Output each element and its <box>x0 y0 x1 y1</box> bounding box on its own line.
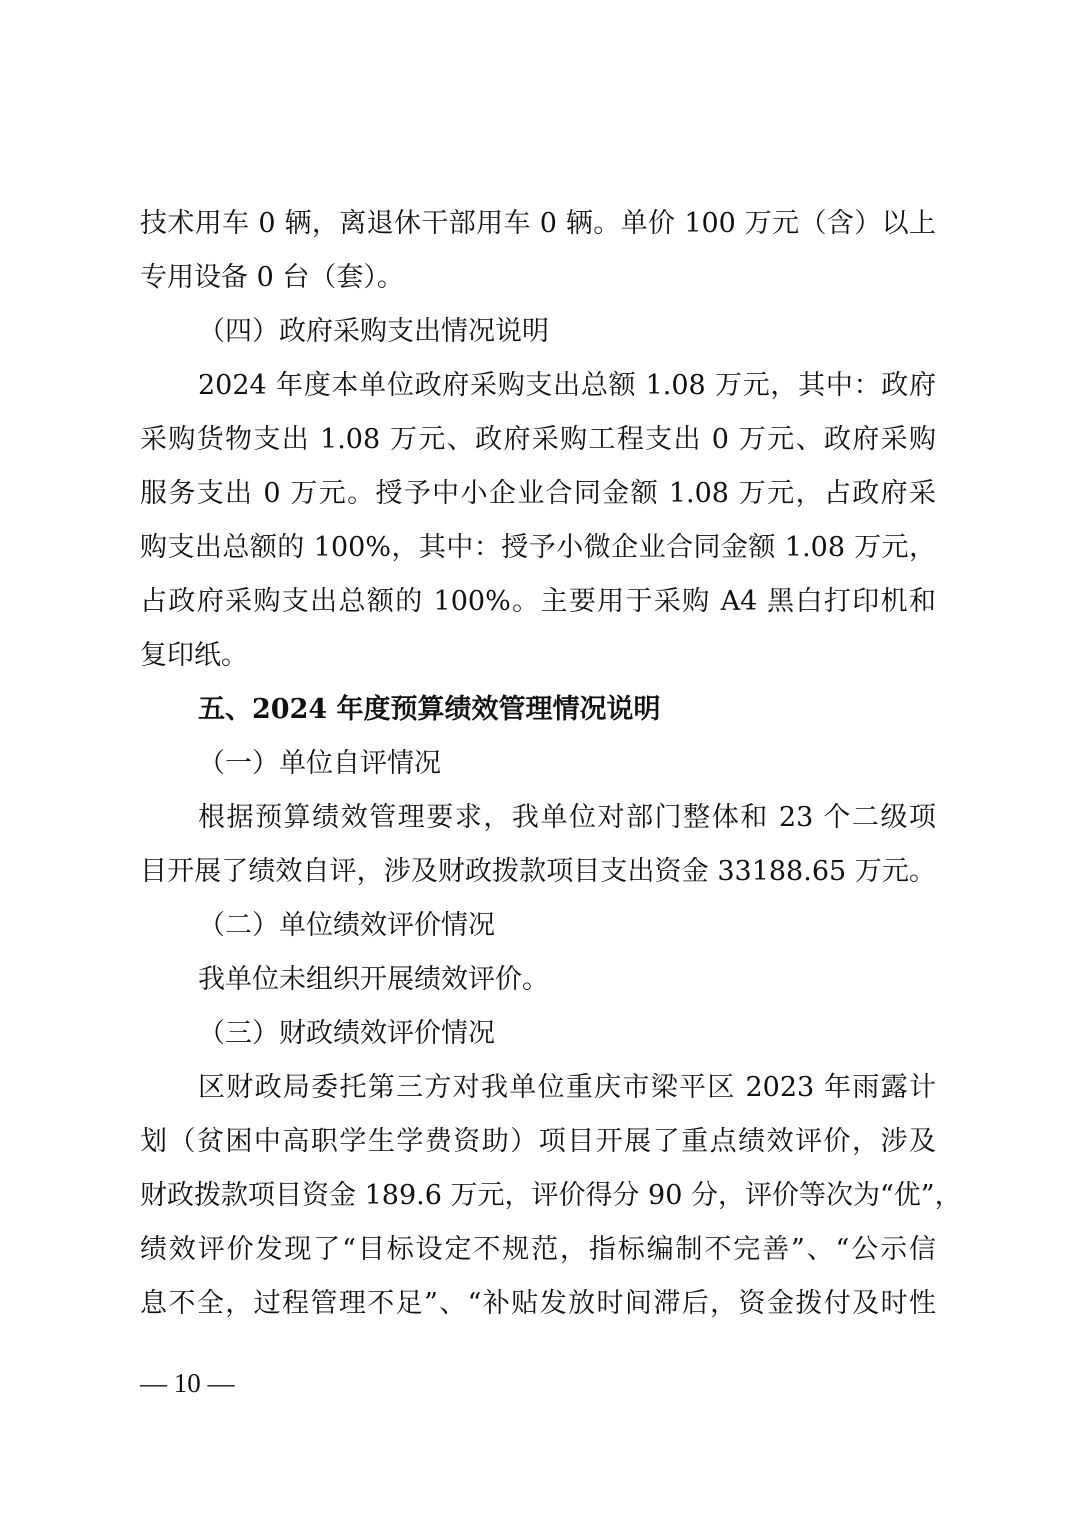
text-line: 绩效评价发现了“目标设定不规范，指标编制不完善”、“公示信 <box>140 1223 936 1277</box>
text-line: 服务支出 0 万元。授予中小企业合同金额 1.08 万元，占政府采 <box>140 467 936 521</box>
section-heading-unit-evaluation: （二）单位绩效评价情况 <box>140 899 936 953</box>
text-line: 息不全，过程管理不足”、“补贴发放时间滞后，资金拨付及时性 <box>140 1277 936 1331</box>
paragraph-self-evaluation: 根据预算绩效管理要求，我单位对部门整体和 23 个二级项 目开展了绩效自评，涉及… <box>140 791 936 899</box>
text-line: 专用设备 0 台（套）。 <box>140 251 936 305</box>
section-heading-fiscal-evaluation: （三）财政绩效评价情况 <box>140 1007 936 1061</box>
text-line: 根据预算绩效管理要求，我单位对部门整体和 23 个二级项 <box>140 791 936 845</box>
text-line: 划（贫困中高职学生学费资助）项目开展了重点绩效评价，涉及 <box>140 1115 936 1169</box>
section-heading-self-evaluation: （一）单位自评情况 <box>140 737 936 791</box>
document-page: 技术用车 0 辆，离退休干部用车 0 辆。单价 100 万元（含）以上 专用设备… <box>140 197 936 1331</box>
paragraph-fiscal-evaluation: 区财政局委托第三方对我单位重庆市梁平区 2023 年雨露计 划（贫困中高职学生学… <box>140 1061 936 1331</box>
text-line: 购支出总额的 100%，其中：授予小微企业合同金额 1.08 万元， <box>140 521 936 575</box>
paragraph-unit-evaluation: 我单位未组织开展绩效评价。 <box>140 953 936 1007</box>
text-line: 采购货物支出 1.08 万元、政府采购工程支出 0 万元、政府采购 <box>140 413 936 467</box>
text-line: 财政拨款项目资金 189.6 万元，评价得分 90 分，评价等次为“优”， <box>140 1169 936 1223</box>
text-line: 复印纸。 <box>140 629 936 683</box>
text-line: 2024 年度本单位政府采购支出总额 1.08 万元，其中：政府 <box>140 359 936 413</box>
text-line: 目开展了绩效自评，涉及财政拨款项目支出资金 33188.65 万元。 <box>140 845 936 899</box>
paragraph-procurement: 2024 年度本单位政府采购支出总额 1.08 万元，其中：政府 采购货物支出 … <box>140 359 936 683</box>
page-number: — 10 — <box>140 1368 235 1399</box>
text-line: 技术用车 0 辆，离退休干部用车 0 辆。单价 100 万元（含）以上 <box>140 197 936 251</box>
section-heading-performance-management: 五、2024 年度预算绩效管理情况说明 <box>140 683 936 737</box>
section-heading-government-procurement: （四）政府采购支出情况说明 <box>140 305 936 359</box>
text-line: 占政府采购支出总额的 100%。主要用于采购 A4 黑白打印机和 <box>140 575 936 629</box>
paragraph-vehicles-equipment: 技术用车 0 辆，离退休干部用车 0 辆。单价 100 万元（含）以上 专用设备… <box>140 197 936 305</box>
text-line: 区财政局委托第三方对我单位重庆市梁平区 2023 年雨露计 <box>140 1061 936 1115</box>
